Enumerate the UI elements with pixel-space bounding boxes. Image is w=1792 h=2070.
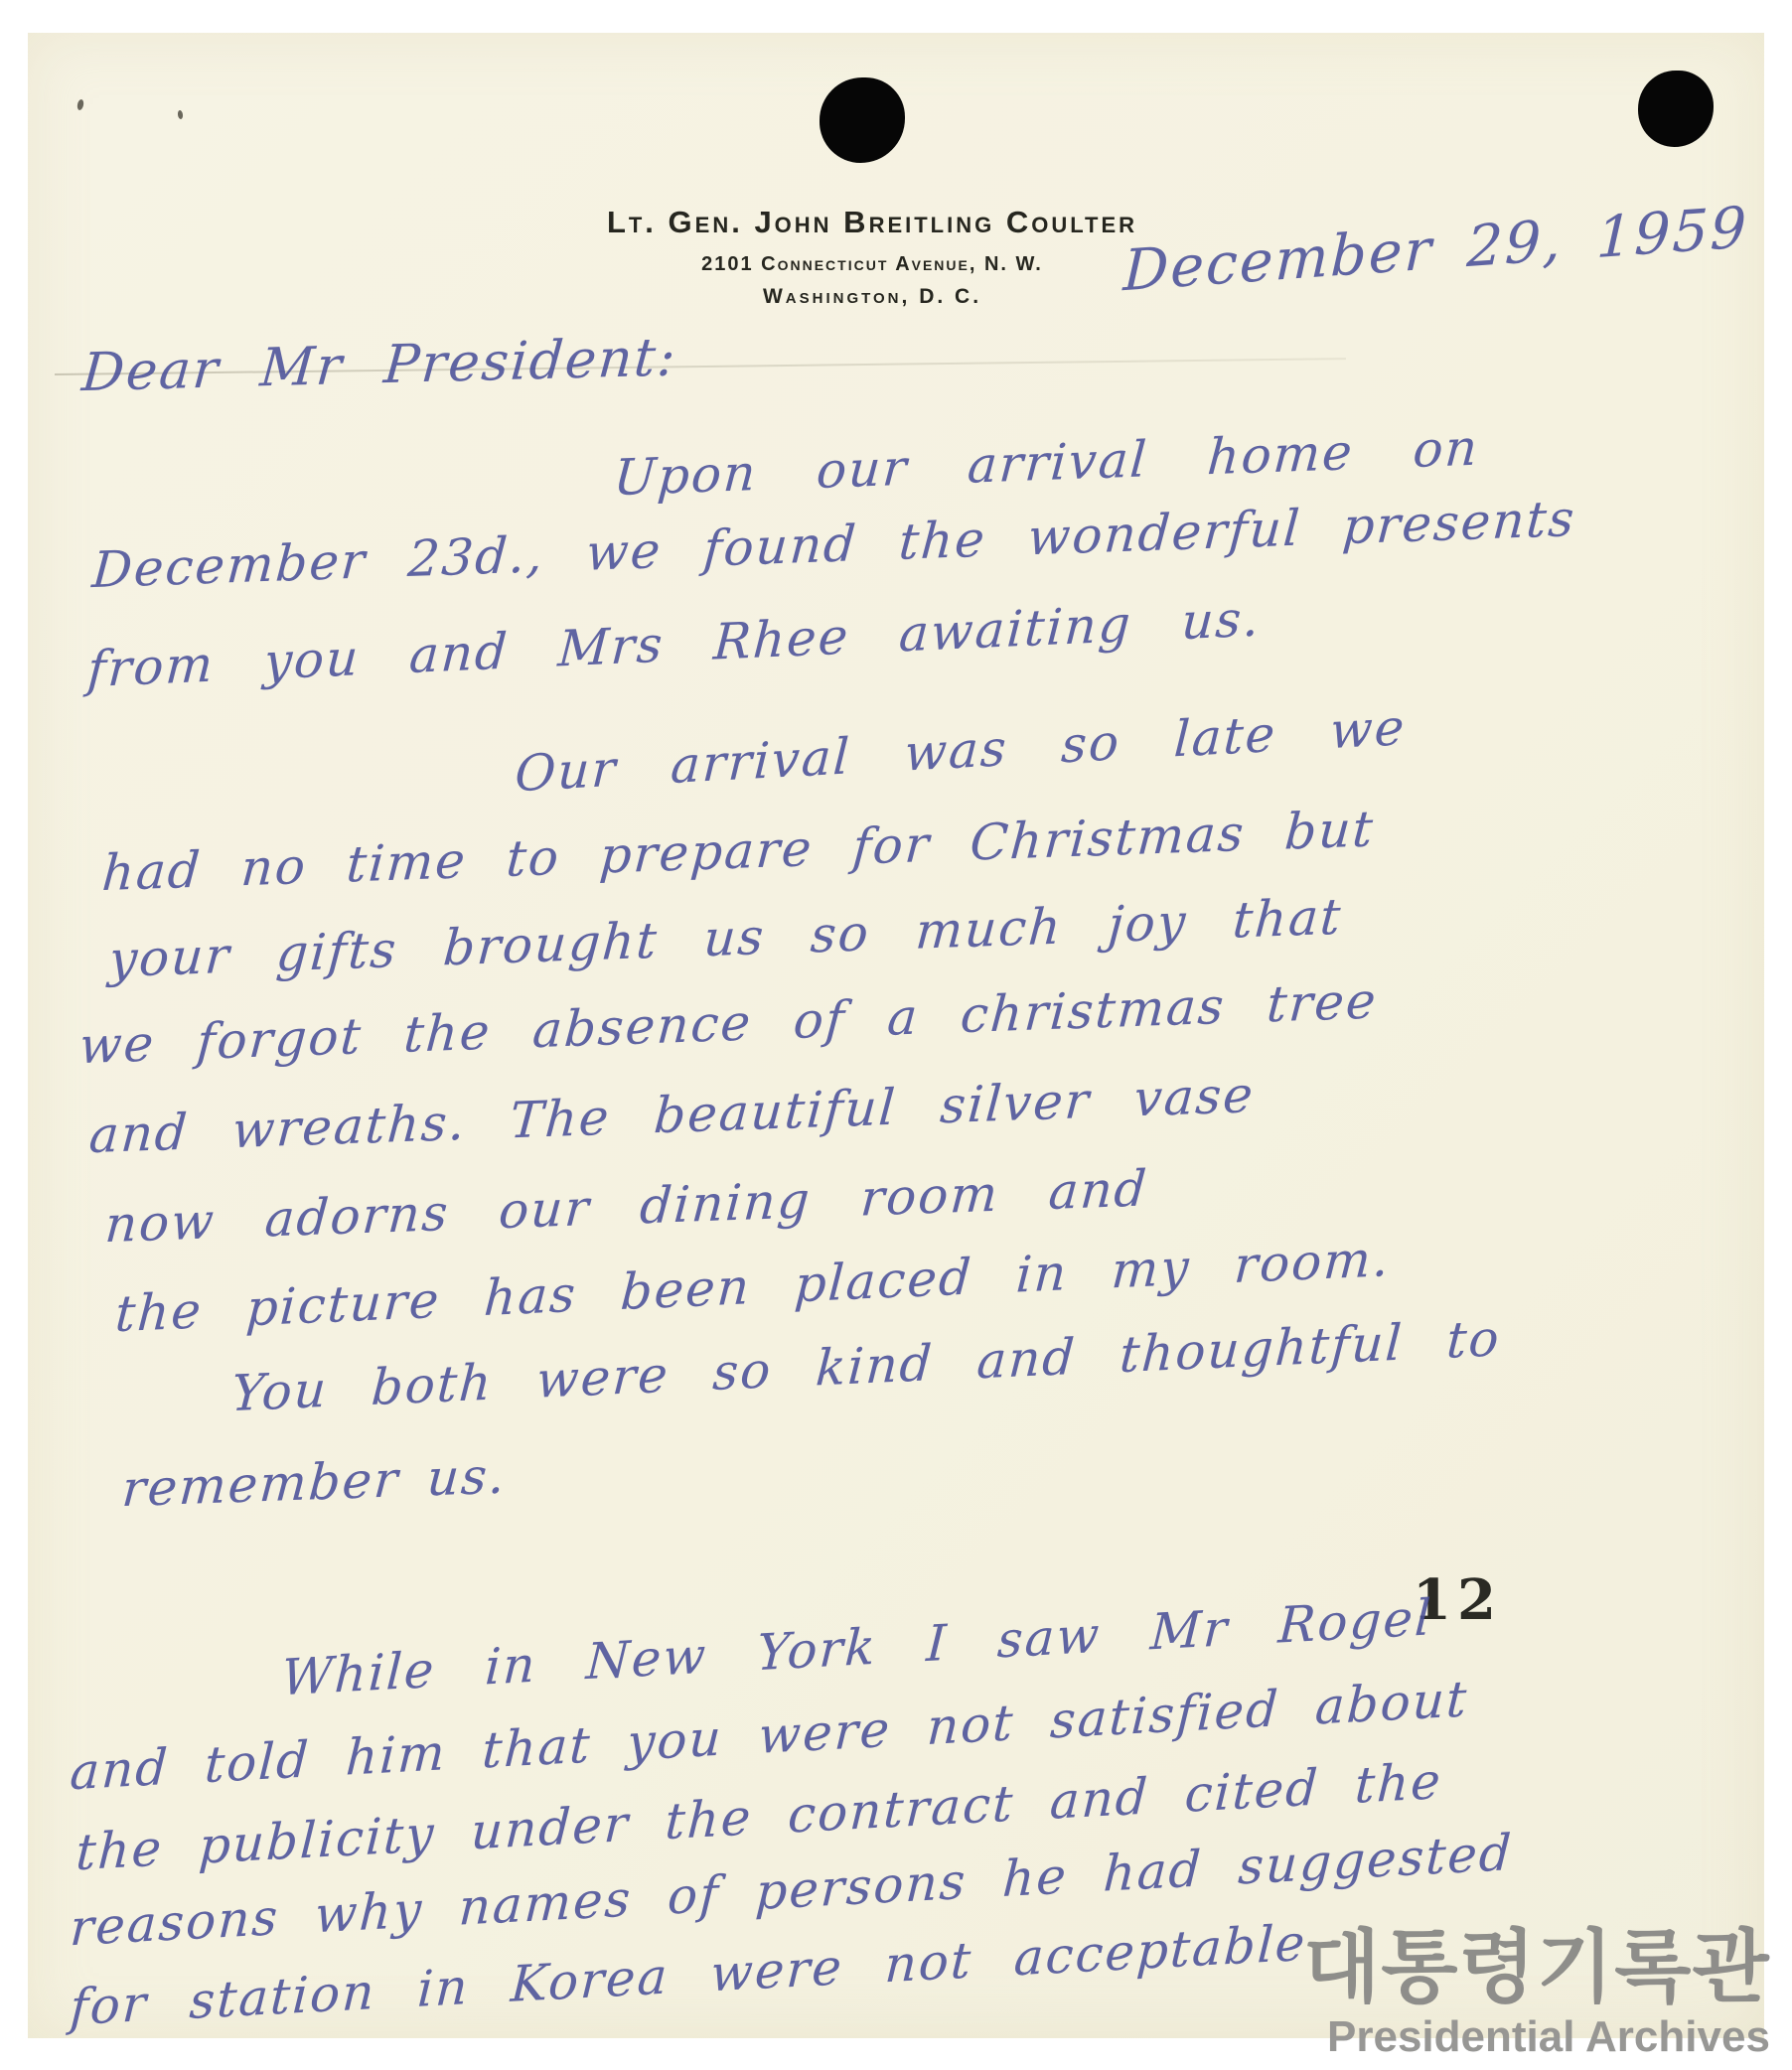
scanned-letter-page: Lt. Gen. John Breitling Coulter 2101 Con… [0,0,1792,2070]
archives-watermark-english: Presidential Archives [1327,2012,1770,2062]
archives-watermark-korean: 대통령기록관 [1303,1903,1770,2017]
